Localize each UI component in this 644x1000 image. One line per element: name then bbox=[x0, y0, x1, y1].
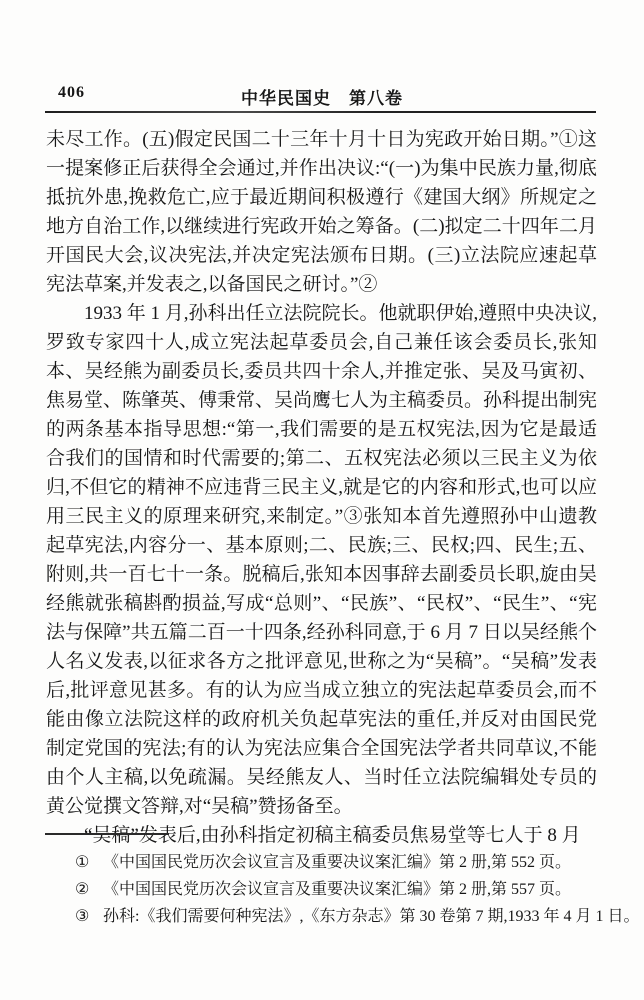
footnote-rule bbox=[45, 833, 169, 835]
footnote-text: 《中国国民党历次会议宣言及重要决议案汇编》第 2 册,第 557 页。 bbox=[103, 876, 615, 903]
footnote-item: ①《中国国民党历次会议宣言及重要决议案汇编》第 2 册,第 552 页。 bbox=[75, 849, 615, 876]
paragraph: 未尽工作。(五)假定民国二十三年十月十日为宪政开始日期。”①这一提案修正后获得全… bbox=[46, 125, 597, 299]
footnote-text: 《中国国民党历次会议宣言及重要决议案汇编》第 2 册,第 552 页。 bbox=[103, 849, 615, 876]
footnote-item: ③孙科:《我们需要何种宪法》,《东方杂志》第 30 卷第 7 期,1933 年 … bbox=[75, 903, 615, 930]
body-text: 未尽工作。(五)假定民国二十三年十月十日为宪政开始日期。”①这一提案修正后获得全… bbox=[46, 125, 597, 850]
footnotes: ①《中国国民党历次会议宣言及重要决议案汇编》第 2 册,第 552 页。②《中国… bbox=[75, 849, 615, 930]
running-header: 406 中华民国史 第八卷 bbox=[0, 84, 644, 106]
paragraph: “吴稿”发表后,由孙科指定初稿主稿委员焦易堂等七人于 8 月 bbox=[46, 821, 597, 850]
footnote-marker: ③ bbox=[75, 903, 103, 930]
footnote-text: 孙科:《我们需要何种宪法》,《东方杂志》第 30 卷第 7 期,1933 年 4… bbox=[103, 903, 639, 930]
paragraph: 1933 年 1 月,孙科出任立法院院长。他就职伊始,遵照中央决议,罗致专家四十… bbox=[46, 299, 597, 821]
footnote-marker: ① bbox=[75, 849, 103, 876]
footnote-item: ②《中国国民党历次会议宣言及重要决议案汇编》第 2 册,第 557 页。 bbox=[75, 876, 615, 903]
running-title: 中华民国史 第八卷 bbox=[0, 84, 644, 109]
book-page: 406 中华民国史 第八卷 未尽工作。(五)假定民国二十三年十月十日为宪政开始日… bbox=[0, 0, 644, 1000]
footnote-marker: ② bbox=[75, 876, 103, 903]
header-rule bbox=[45, 111, 596, 113]
